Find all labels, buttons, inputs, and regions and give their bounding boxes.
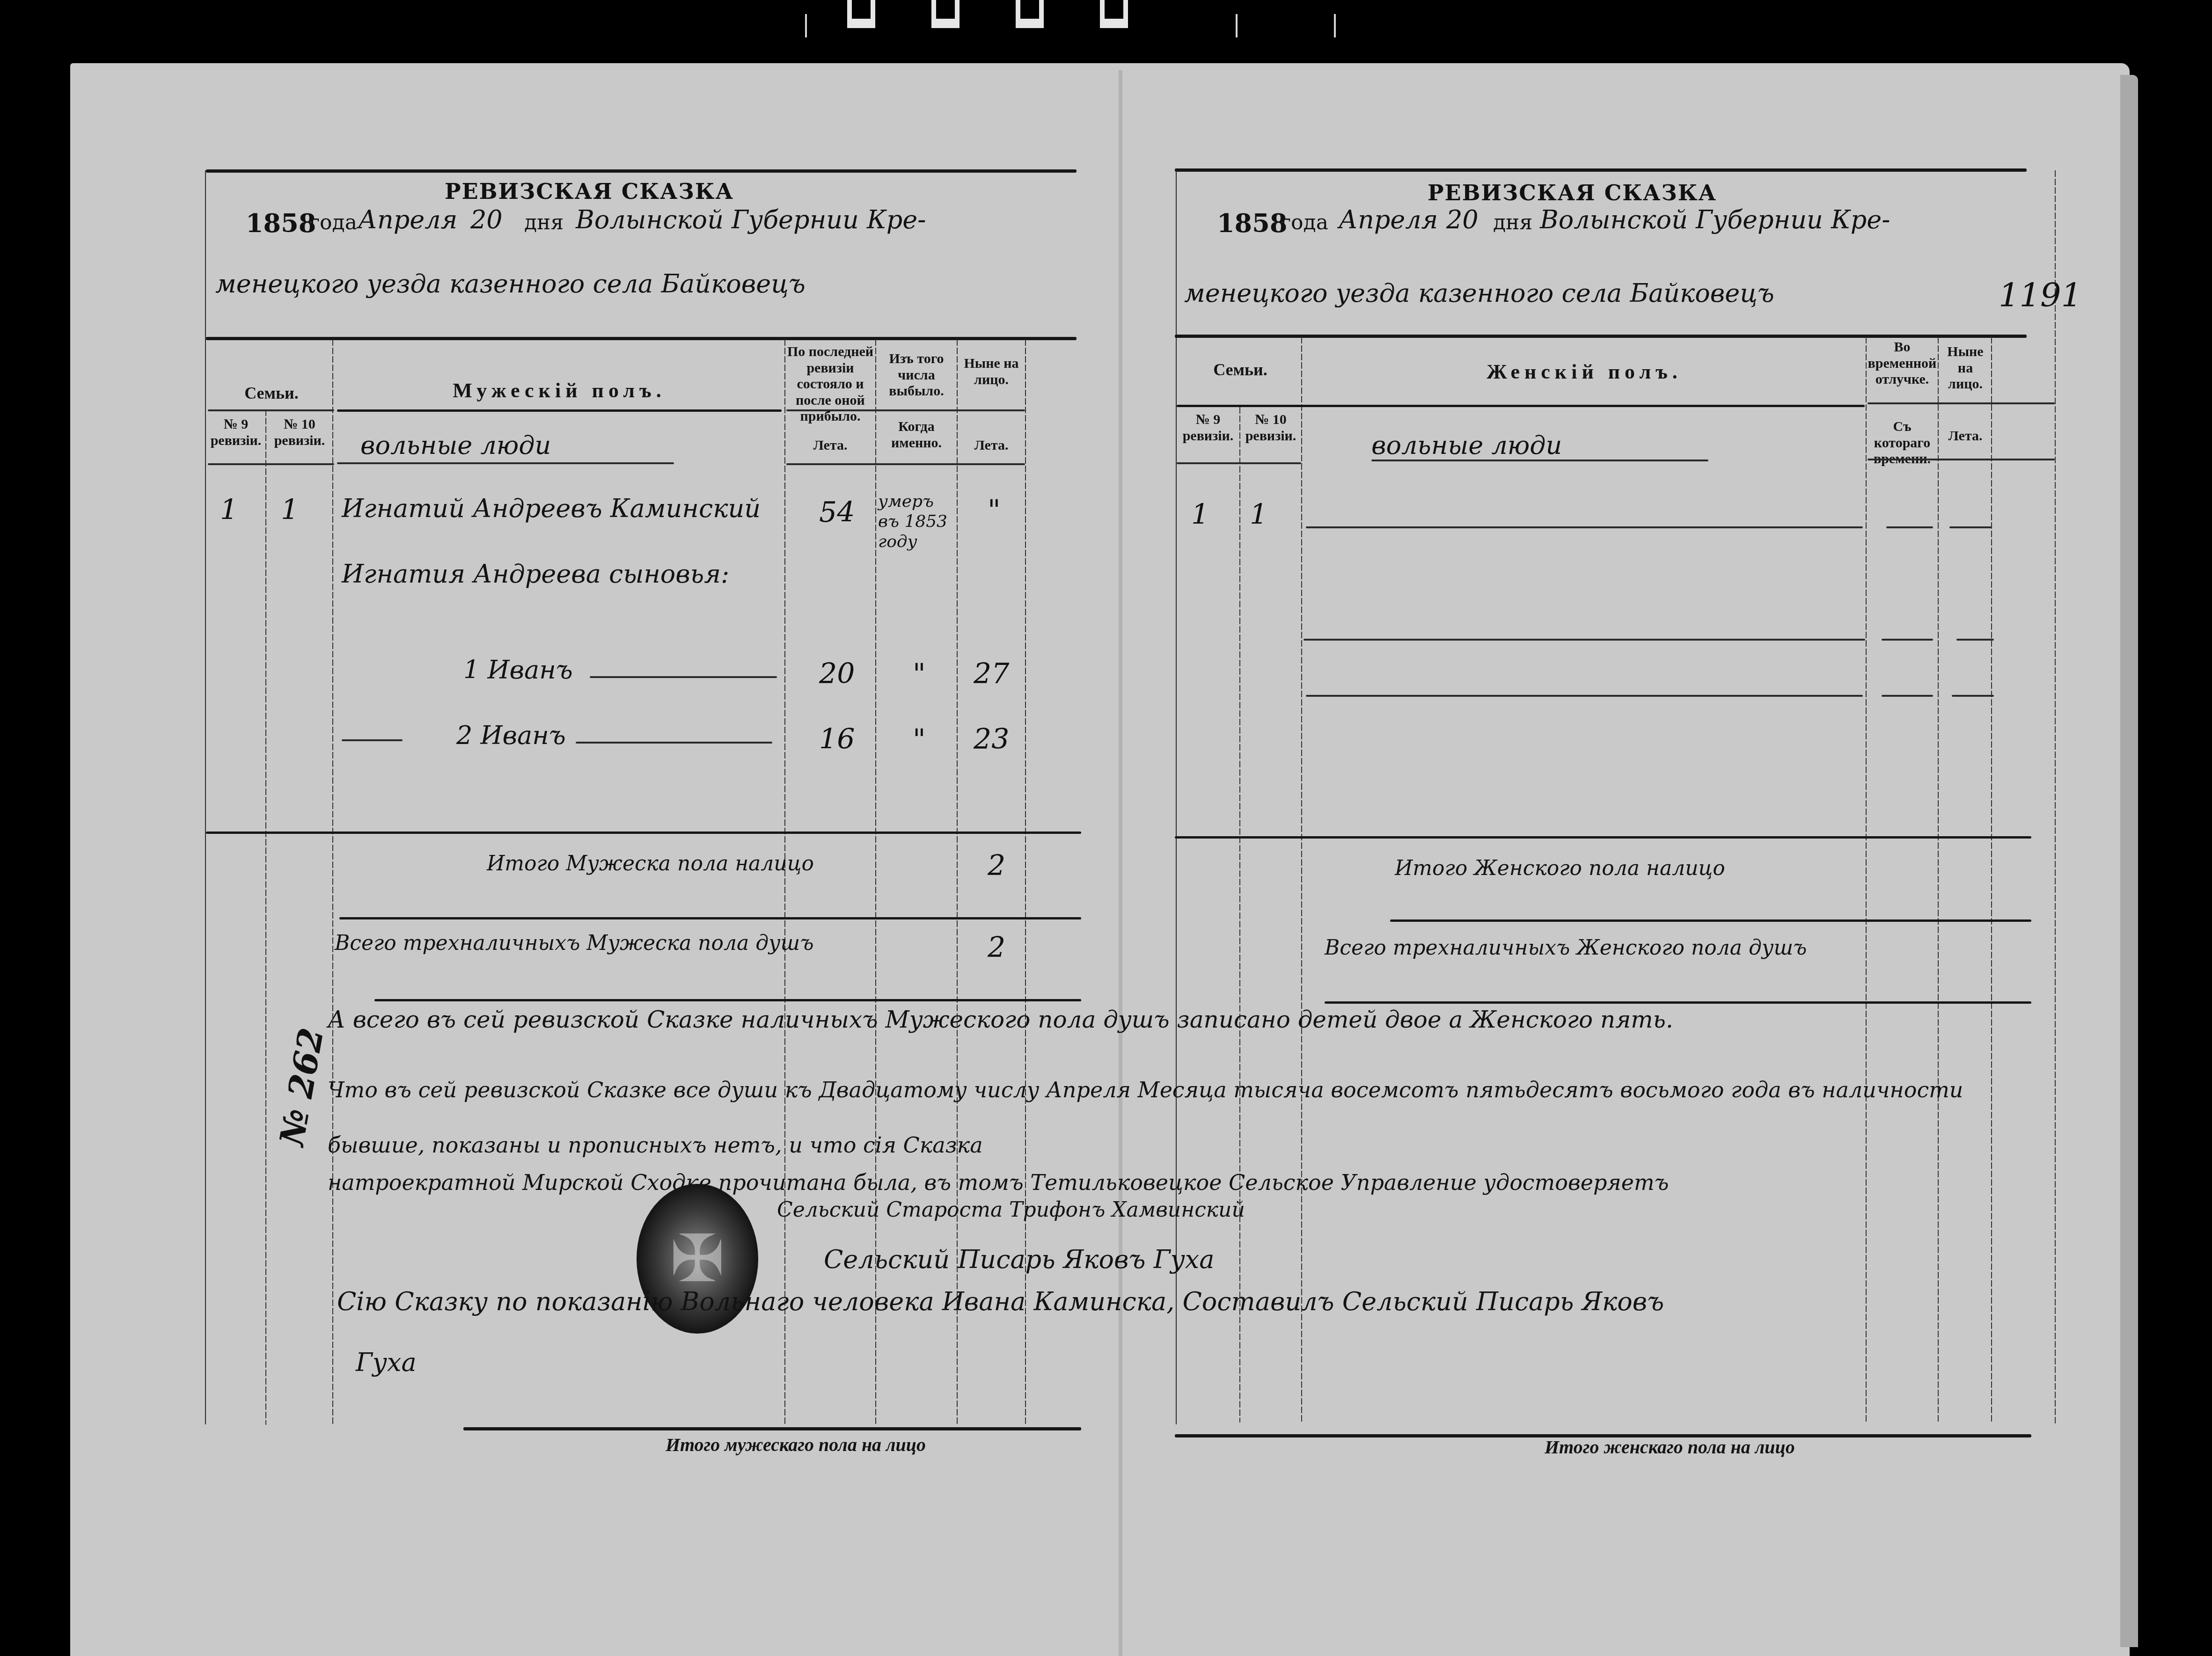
table-top-rule xyxy=(1175,335,2027,338)
name-dash xyxy=(576,742,772,744)
total-all-label: Всего трехналичныхъ Женского пола душъ xyxy=(1325,936,1807,960)
fam10-value: 1 xyxy=(281,494,299,526)
totals-rule xyxy=(339,917,1081,919)
sub-years: Лета. xyxy=(1940,428,1991,445)
month: Апреля xyxy=(1339,205,1438,234)
col-main-header: Мужескій полъ. xyxy=(337,379,782,403)
fam9-value: 1 xyxy=(1191,498,1209,531)
left-when-value: умеръ въ 1853 году xyxy=(878,491,958,552)
col-now-header: Ныне на лицо. xyxy=(959,356,1024,388)
totals-rule xyxy=(1390,919,2031,922)
total-present-label: Итого Женского пола налицо xyxy=(1395,856,1725,880)
now-value: " xyxy=(988,494,1001,526)
person-name: 1 Иванъ xyxy=(463,655,573,685)
col-rule xyxy=(1991,337,1992,1423)
col-now-header: Ныне на лицо. xyxy=(1940,344,1991,393)
province-text: Волынской Губернии Кре- xyxy=(576,205,926,234)
col-rule xyxy=(1938,337,1939,1423)
top-rule xyxy=(206,169,1077,173)
blank-entry-dash xyxy=(1882,695,1933,697)
blank-entry-dash xyxy=(1952,695,1994,697)
village-elder-signature: Сельский Староста Трифонъ Хамвинский xyxy=(777,1198,1245,1222)
day-label: дня xyxy=(524,211,564,234)
col-rule xyxy=(265,409,266,1425)
col-rule xyxy=(784,339,785,1425)
sub-years-2: Лета. xyxy=(959,438,1024,454)
header-line-2: менецкого уезда казенного села Байковецъ xyxy=(215,269,806,299)
fam9-value: 1 xyxy=(220,494,238,526)
margin-register-number: № 262 xyxy=(271,1025,331,1149)
left-footer: Итого мужескаго пола на лицо xyxy=(585,1434,1006,1456)
year: 1858 xyxy=(1217,208,1287,238)
composer-line-end: Гуха xyxy=(356,1348,417,1377)
right-footer: Итого женскаго пола на лицо xyxy=(1545,1437,1966,1458)
village-clerk-signature: Сельский Писарь Яковъ Гуха xyxy=(824,1245,1214,1274)
attestation-line-1: А всего въ сей ревизской Сказке наличных… xyxy=(328,1006,1673,1033)
category-underline xyxy=(337,462,674,464)
col-rule xyxy=(1866,337,1867,1423)
age-value: 20 xyxy=(819,657,855,690)
sub-fam10: № 10 ревизіи. xyxy=(1240,412,1301,444)
fam10-value: 1 xyxy=(1250,498,1267,531)
total-present-value: 2 xyxy=(988,849,1005,882)
col-rule xyxy=(332,339,333,1425)
year-label: года xyxy=(309,211,357,234)
col-absent-header: Во временной отлучке. xyxy=(1868,339,1937,388)
month: Апреля xyxy=(358,205,457,234)
age-value: 16 xyxy=(819,723,855,756)
col-main-header: Женскій полъ. xyxy=(1306,360,1863,384)
person-name: Игнатий Андреевъ Каминский xyxy=(342,494,761,523)
page-border-left xyxy=(205,170,206,1424)
subheader-rule xyxy=(1868,402,2055,404)
totals-rule xyxy=(1325,1001,2031,1004)
total-present-label: Итого Мужеска пола налицо xyxy=(487,852,814,875)
category-label: вольные люди xyxy=(360,430,551,460)
person-name: 2 Иванъ xyxy=(456,721,566,750)
subheader-rule xyxy=(337,409,782,412)
page-border-right xyxy=(2055,170,2056,1424)
blank-entry-dash xyxy=(1956,639,1994,641)
top-rule xyxy=(1175,168,2027,172)
scan-calibration-marks xyxy=(805,0,1320,35)
day: 20 xyxy=(470,205,503,234)
totals-rule xyxy=(374,999,1081,1001)
blank-entry-dash xyxy=(1304,639,1865,641)
col-family-header: Семьи. xyxy=(1179,360,1301,379)
year-label: года xyxy=(1280,211,1328,234)
page-border-left xyxy=(1176,170,1177,1424)
day: 20 xyxy=(1446,205,1479,234)
name-dash xyxy=(590,676,777,678)
col-left-header: Изъ того числа выбыло. xyxy=(877,351,956,400)
province-text: Волынской Губернии Кре- xyxy=(1540,205,1890,234)
paper-edge xyxy=(2120,75,2138,1647)
sub-when: Когда именно. xyxy=(877,419,956,451)
category-label: вольные люди xyxy=(1371,430,1562,460)
category-underline xyxy=(1371,460,1708,461)
col-last-revision-header: По последней ревизіи состояло и после он… xyxy=(786,344,874,425)
folio-number: 1191 xyxy=(1999,276,2082,314)
header-line-2: менецкого уезда казенного села Байковецъ xyxy=(1184,278,1774,308)
left-when-value: " xyxy=(913,723,926,756)
sub-years-1: Лета. xyxy=(786,438,874,454)
subheader-rule xyxy=(1177,405,1865,407)
person-name: Игнатия Андреева сыновья: xyxy=(342,559,729,589)
blank-entry-dash xyxy=(1306,526,1863,528)
age-value: 54 xyxy=(819,496,855,529)
page-title: РЕВИЗСКАЯ СКАЗКА xyxy=(445,179,734,204)
now-value: 27 xyxy=(974,657,1009,690)
attestation-line-2: Что въ сей ревизской Сказке все души къ … xyxy=(328,1062,2059,1173)
table-top-rule xyxy=(206,337,1077,340)
footer-rule xyxy=(463,1427,1081,1430)
row-rule xyxy=(208,463,334,465)
col-family-header: Семьи. xyxy=(211,384,332,403)
name-dash xyxy=(342,739,403,741)
blank-entry-dash xyxy=(1886,526,1933,528)
totals-rule xyxy=(206,832,1081,834)
right-page: РЕВИЗСКАЯ СКАЗКА 1858 года Апреля 20 дня… xyxy=(1170,164,2059,1427)
sub-fam9: № 9 ревизіи. xyxy=(208,416,264,449)
book-spine xyxy=(1119,70,1122,1656)
sub-fam10: № 10 ревизіи. xyxy=(267,416,332,449)
total-all-value: 2 xyxy=(988,931,1005,964)
total-all-label: Всего трехналичныхъ Мужеска пола душъ xyxy=(335,931,814,955)
col-rule xyxy=(1301,337,1302,1423)
day-label: дня xyxy=(1493,211,1532,234)
row-rule xyxy=(1868,459,2055,460)
blank-entry-dash xyxy=(1882,639,1933,641)
blank-entry-dash xyxy=(1949,526,1992,528)
subheader-rule xyxy=(786,409,1025,411)
subheader-rule xyxy=(208,409,334,411)
composer-line: Сію Сказку по показанію Вольнаго человек… xyxy=(337,1287,1664,1316)
left-when-value: " xyxy=(913,657,926,690)
col-rule xyxy=(1239,407,1240,1423)
sub-fam9: № 9 ревизіи. xyxy=(1178,412,1238,444)
now-value: 23 xyxy=(974,723,1009,756)
row-rule xyxy=(786,463,1025,465)
row-rule xyxy=(1177,462,1301,464)
blank-entry-dash xyxy=(1306,695,1863,697)
page-title: РЕВИЗСКАЯ СКАЗКА xyxy=(1428,180,1717,205)
attestation-line-3: натроекратной Мирской Сходке прочитана б… xyxy=(328,1170,1669,1195)
totals-rule xyxy=(1175,836,2031,839)
year: 1858 xyxy=(246,208,316,238)
